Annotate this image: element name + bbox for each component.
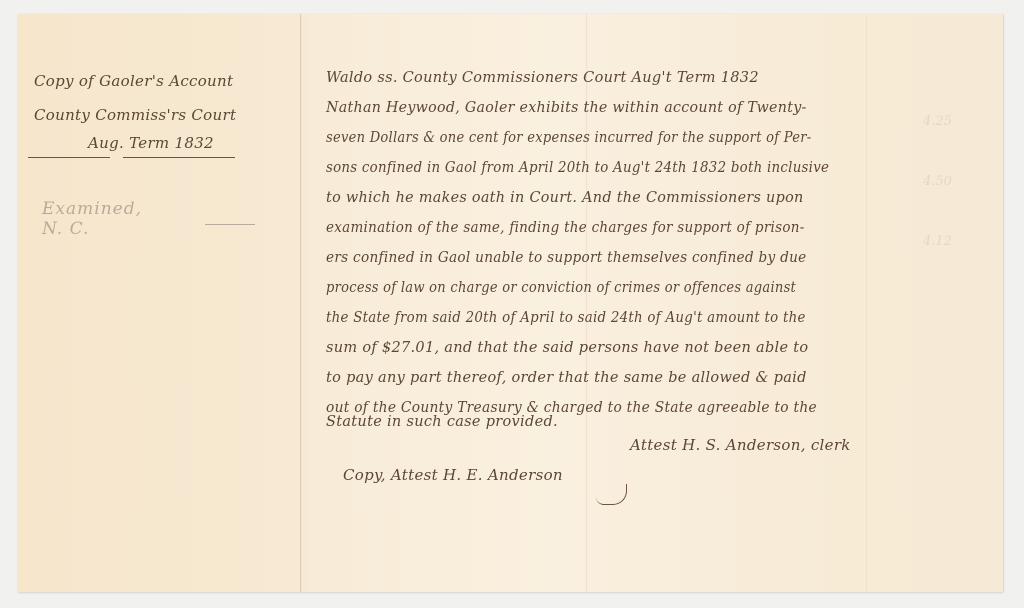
- examined-note: Examined, N. C.: [42, 199, 142, 239]
- body-line-6: examination of the same, finding the cha…: [326, 220, 805, 236]
- body-line-3: seven Dollars & one cent for expenses in…: [326, 130, 811, 146]
- body-line-9: the State from said 20th of April to sai…: [326, 310, 806, 326]
- signature-flourish: [596, 484, 627, 505]
- body-line-8: process of law on charge or conviction o…: [326, 280, 796, 296]
- fold-line: [866, 14, 868, 592]
- body-line-10: sum of $27.01, and that the said persons…: [326, 340, 808, 356]
- body-line-11: to pay any part thereof, order that the …: [326, 370, 807, 386]
- body-line-4: sons confined in Gaol from April 20th to…: [326, 160, 829, 176]
- document-page: 4.25 4.50 4.12 Copy of Gaoler's Account …: [18, 14, 1003, 592]
- docket-underline: [123, 157, 235, 158]
- docket-underline: [28, 157, 110, 158]
- bleed-through-text: 4.12: [923, 234, 952, 249]
- bleed-through-text: 4.25: [923, 114, 952, 129]
- docket-term: Aug. Term 1832: [88, 134, 214, 152]
- body-line-7: ers confined in Gaol unable to support t…: [326, 250, 807, 266]
- body-line-13: Statute in such case provided.: [326, 414, 558, 430]
- fold-line: [300, 14, 302, 592]
- copy-attest-signature: Copy, Attest H. E. Anderson: [343, 466, 563, 484]
- examined-underline: [205, 224, 255, 225]
- bleed-through-text: 4.50: [923, 174, 952, 189]
- docket-title: Copy of Gaoler's Account: [34, 72, 233, 90]
- body-line-5: to which he makes oath in Court. And the…: [326, 190, 804, 206]
- docket-court: County Commiss'rs Court: [34, 106, 236, 124]
- body-line-2: Nathan Heywood, Gaoler exhibits the with…: [326, 100, 807, 116]
- clerk-signature: Attest H. S. Anderson, clerk: [630, 436, 851, 454]
- body-line-1: Waldo ss. County Commissioners Court Aug…: [326, 70, 759, 86]
